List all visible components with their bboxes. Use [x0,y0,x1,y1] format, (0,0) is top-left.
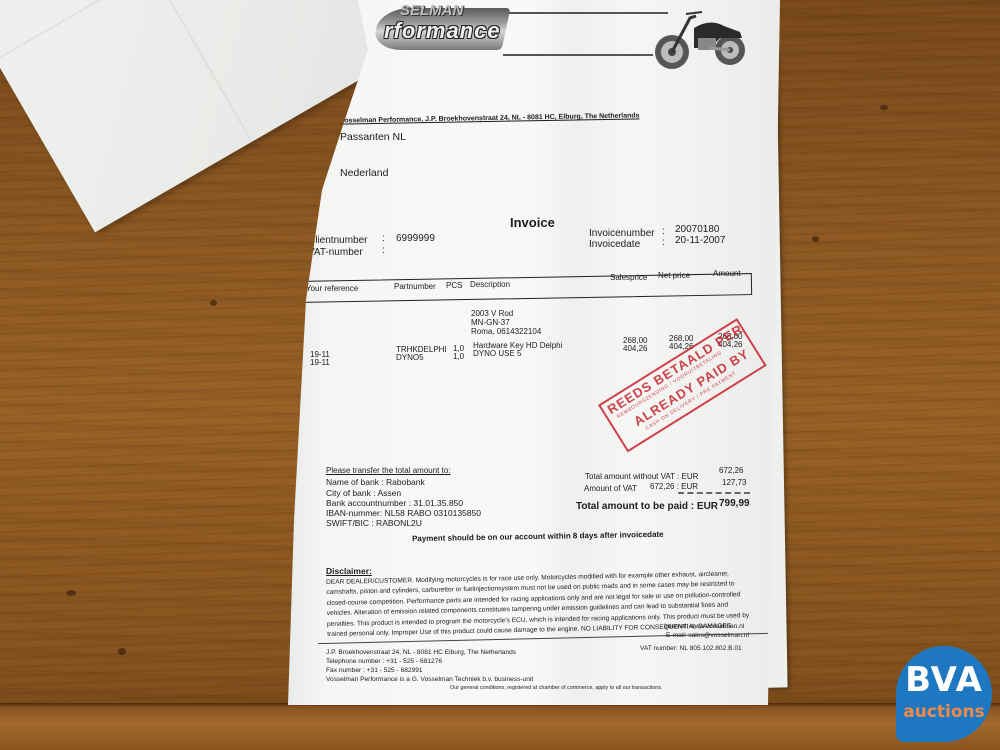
separator: : [382,233,385,244]
footer-telephone: Telephone number : +31 - 525 - 681276 [326,657,442,666]
row-2-salesprice: 404,26 [623,344,647,354]
separator: : [382,245,385,256]
total-due-value: 799,99 [719,498,750,509]
col-pcs: PCS [446,281,462,290]
logo-rule [503,54,653,56]
footer-address: J.P. Broekhovenstraat 24, NL - 8081 HC E… [326,648,516,657]
recipient-country: Nederland [340,167,388,179]
transfer-heading: Please transfer the total amount to: [326,466,451,475]
bva-logo-title: BVA [896,660,992,700]
logo-text: rformance [384,18,501,44]
total-due-label: Total amount to be paid : EUR [576,501,718,512]
bank-city: City of bank : Assen [326,488,401,498]
footer-company: Vosselman Performance is a G. Vosselman … [326,675,533,684]
wood-knot [210,300,217,306]
footer-internet: Internet: www.vosselman.nl [664,622,744,631]
clientnumber-value: 6999999 [396,233,435,244]
sender-address-line: Vosselman Performance, J.P. Broekhovenst… [340,112,640,124]
bank-swift: SWIFT/BIC : RABONL2U [326,518,422,528]
col-description: Description [470,280,510,289]
row-2-pcs: 1,0 [453,352,464,362]
row-2-reference: 19-11 [310,358,330,368]
invoicedate-value: 20-11-2007 [675,235,725,246]
motorcycle-icon [650,4,750,74]
footer-email: E-mail: sales@vosselman.nl [666,631,749,640]
wood-knot [66,590,76,596]
totals-divider [678,492,750,494]
invoice-document: SELMAN rformance Vosselman Performance, … [288,0,780,705]
clientnumber-label: Clientnumber [308,235,367,246]
footer-vat-number: VAT number: NL 805.102.802.B.01 [640,644,742,653]
vat-base: 672,26 : EUR [650,482,698,491]
recipient-name: Passanten NL [340,131,406,143]
col-amount: Amount [713,269,741,278]
row-2-description: DYNO USE 5 [473,349,521,359]
payment-note: Payment should be on our account within … [412,530,664,543]
bank-name: Name of bank : Rabobank [326,477,425,487]
vat-amount-label: Amount of VAT [584,484,637,493]
footer-fax: Fax number : +31 - 525 - 682991 [326,666,423,675]
bank-iban: IBAN-nummer: NL58 RABO 0310135850 [326,508,481,518]
disclaimer-heading: Disclaimer: [326,566,372,576]
invoicenumber-label: Invoicenumber [589,228,655,239]
note-line: Roma, 0614322104 [471,327,541,337]
wood-knot [118,648,126,655]
logo-rule [503,12,668,14]
bank-account: Bank accountnumber : 31.01.35.850 [326,498,463,508]
table-edge [0,703,1000,750]
logo-text-top: SELMAN [400,2,463,19]
document-title: Invoice [510,215,555,230]
separator: : [662,237,665,248]
row-2-partnumber: DYNO5 [396,353,424,363]
col-salesprice: Salesprice [610,273,647,282]
separator: : [662,226,665,237]
vat-amount-value: 127,73 [722,478,746,487]
bva-auctions-logo: BVA auctions [896,646,992,742]
vat-number-label: VAT-number [308,247,363,258]
wood-knot [812,236,819,242]
total-excl-vat-value: 672,26 [719,466,743,475]
col-partnumber: Partnumber [394,282,436,291]
footer-conditions: Our general conditions, registered at ch… [450,684,662,693]
invoicedate-label: Invoicedate [589,239,640,250]
col-your-reference: Your reference [306,284,358,293]
bva-logo-subtitle: auctions [896,702,992,722]
wood-knot [880,105,888,110]
total-excl-vat-label: Total amount without VAT : EUR [585,472,698,481]
invoicenumber-value: 20070180 [675,224,720,235]
col-net-price: Net price [658,271,690,280]
